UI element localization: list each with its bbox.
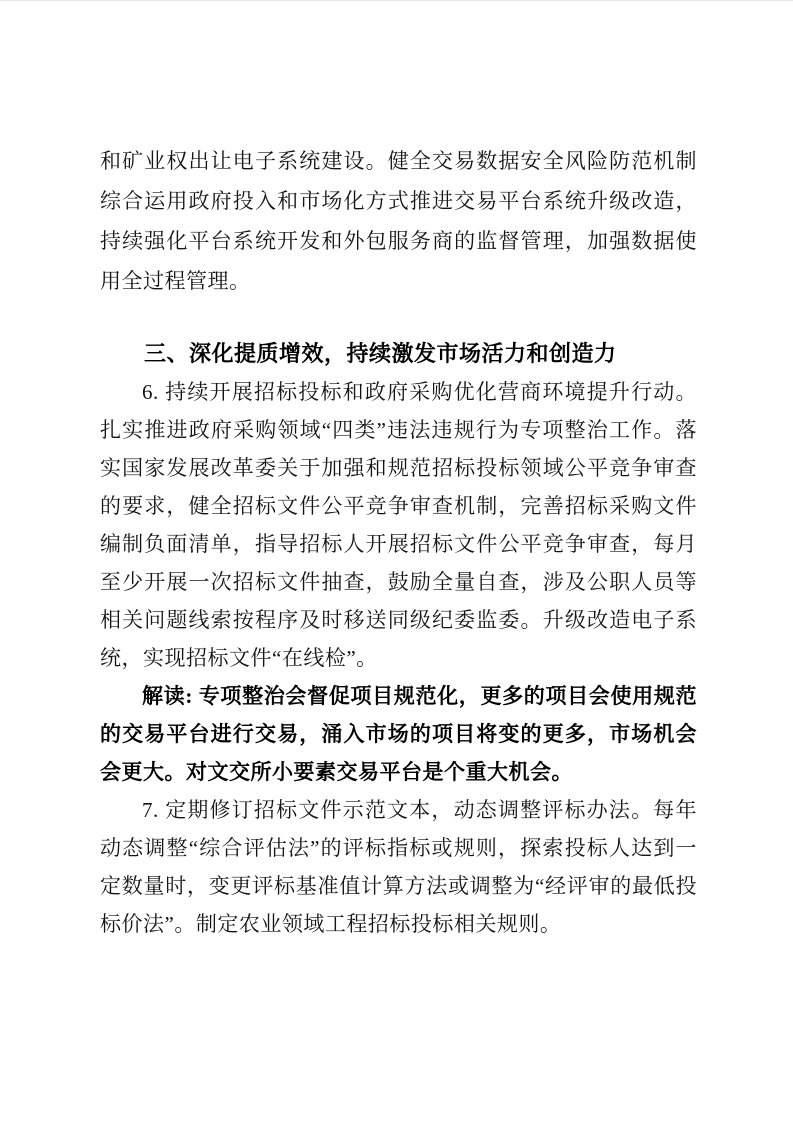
- paragraph-item-6: 6. 持续开展招标投标和政府采购优化营商环境提升行动。扎实推进政府采购领域“四类…: [100, 373, 697, 677]
- paragraph-continuation: 和矿业权出让电子系统建设。健全交易数据安全风险防范机制综合运用政府投入和市场化方…: [100, 141, 697, 301]
- section-heading: 三、深化提质增效，持续激发市场活力和创造力: [100, 335, 697, 373]
- paragraph-item-7: 7. 定期修订招标文件示范文本，动态调整评标办法。每年动态调整“综合评估法”的评…: [100, 791, 697, 943]
- paragraph-interpretation-note: 解读: 专项整治会督促项目规范化，更多的项目会使用规范的交易平台进行交易，涌入市…: [100, 677, 697, 791]
- document-page: 和矿业权出让电子系统建设。健全交易数据安全风险防范机制综合运用政府投入和市场化方…: [0, 0, 793, 1122]
